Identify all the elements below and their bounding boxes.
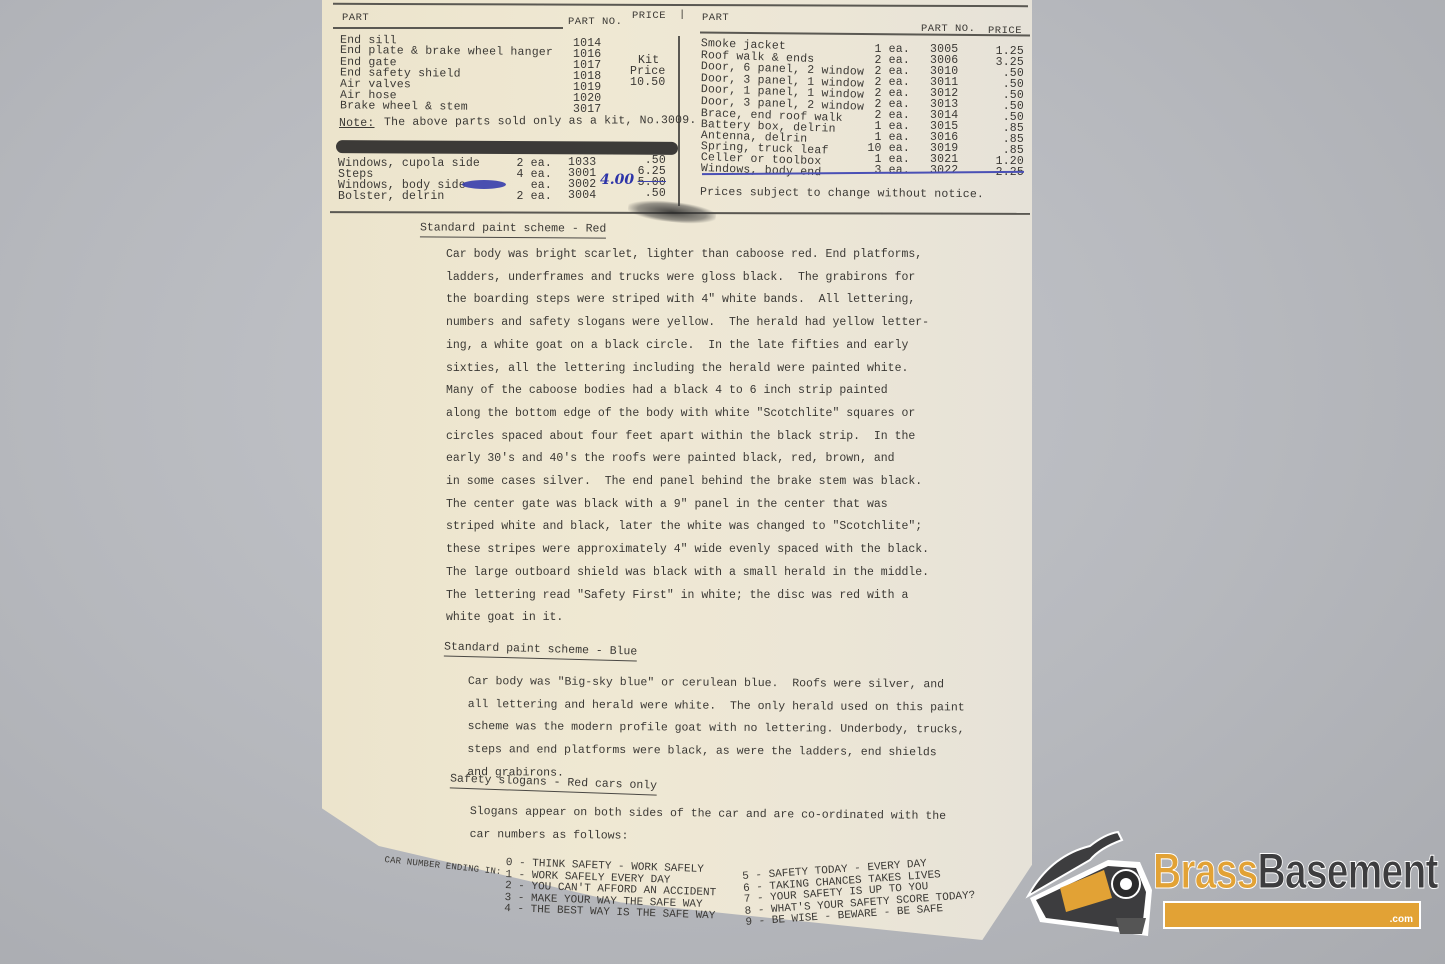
paragraph-line: ladders, underframes and trucks were glo… [446,267,929,290]
part-name: Bolster, delrin [338,191,445,202]
price-footnote: Prices subject to change without notice. [700,187,984,200]
logo-wordmark: BrassBasement [1153,836,1438,906]
locomotive-icon [1020,826,1160,941]
slogans-intro: Slogans appear on both sides of the car … [470,801,947,851]
logo-bar: .com [1163,901,1421,929]
part-qty: 3 ea. [860,165,910,176]
left-header-part-no: PART NO. [568,17,622,28]
part-number: 3004 [568,190,596,201]
kit-part-number: 3017 [573,104,601,115]
paragraph-line: striped white and black, later the white… [446,516,929,539]
part-qty: 2 ea. [506,191,552,202]
logo-domain: .com [1390,914,1413,925]
slogans-0-4: 0 - THINK SAFETY - WORK SAFELY1 - WORK S… [504,858,717,923]
paragraph-line: these stripes were approximately 4" wide… [446,539,929,562]
paragraph-line: Many of the caboose bodies had a black 4… [446,380,929,403]
paragraph-line: The center gate was black with a 9" pane… [446,494,929,517]
handwritten-price: 4.00 [600,172,634,188]
logo-brass-text: Brass [1153,843,1258,899]
brass-basement-logo: BrassBasement .com [1020,826,1425,941]
right-header-price: PRICE [988,26,1022,37]
paragraph-line: circles spaced about four feet apart wit… [446,426,929,449]
qty-scribble [462,180,506,189]
note-text: The above parts sold only as a kit, No.3… [384,115,697,128]
blue-scheme-text: Car body was "Big-sky blue" or cerulean … [467,671,965,788]
note-label: Note: [339,118,375,129]
kit-part-name: Brake wheel & stem [340,100,468,112]
red-scheme-text: Car body was bright scarlet, lighter tha… [446,244,929,630]
right-header-part-no: PART NO. [921,24,975,35]
paragraph-line: steps and end platforms were black, as w… [467,739,964,765]
paragraph-line: Car body was "Big-sky blue" or cerulean … [468,671,965,697]
redaction-marker [336,140,678,155]
paragraph-line: The large outboard shield was black with… [446,562,929,585]
left-header-price: PRICE [632,11,666,22]
paragraph-line: The lettering read "Safety First" in whi… [446,585,929,608]
paragraph-line: ing, a white goat on a black circle. In … [446,335,929,358]
logo-basement-text: Basement [1258,843,1438,899]
left-header-part: PART [342,13,369,24]
paragraph-line: Car body was bright scarlet, lighter tha… [446,244,929,267]
paragraph-line: along the bottom edge of the body with w… [446,403,929,426]
red-scheme-heading: Standard paint scheme - Red [420,221,606,238]
header-rule-left [333,27,563,29]
kit-price-value: 10.50 [630,77,666,88]
paragraph-line: the boarding steps were striped with 4" … [446,289,929,312]
paragraph-line: early 30's and 40's the roofs were paint… [446,448,929,471]
paragraph-line: white goat in it. [446,607,929,630]
right-header-part: PART [702,13,729,24]
paragraph-line: sixties, all the lettering including the… [446,358,929,381]
paragraph-line: in some cases silver. The end panel behi… [446,471,929,494]
header-divider-mark: | [679,10,686,21]
paragraph-line: numbers and safety slogans were yellow. … [446,312,929,335]
